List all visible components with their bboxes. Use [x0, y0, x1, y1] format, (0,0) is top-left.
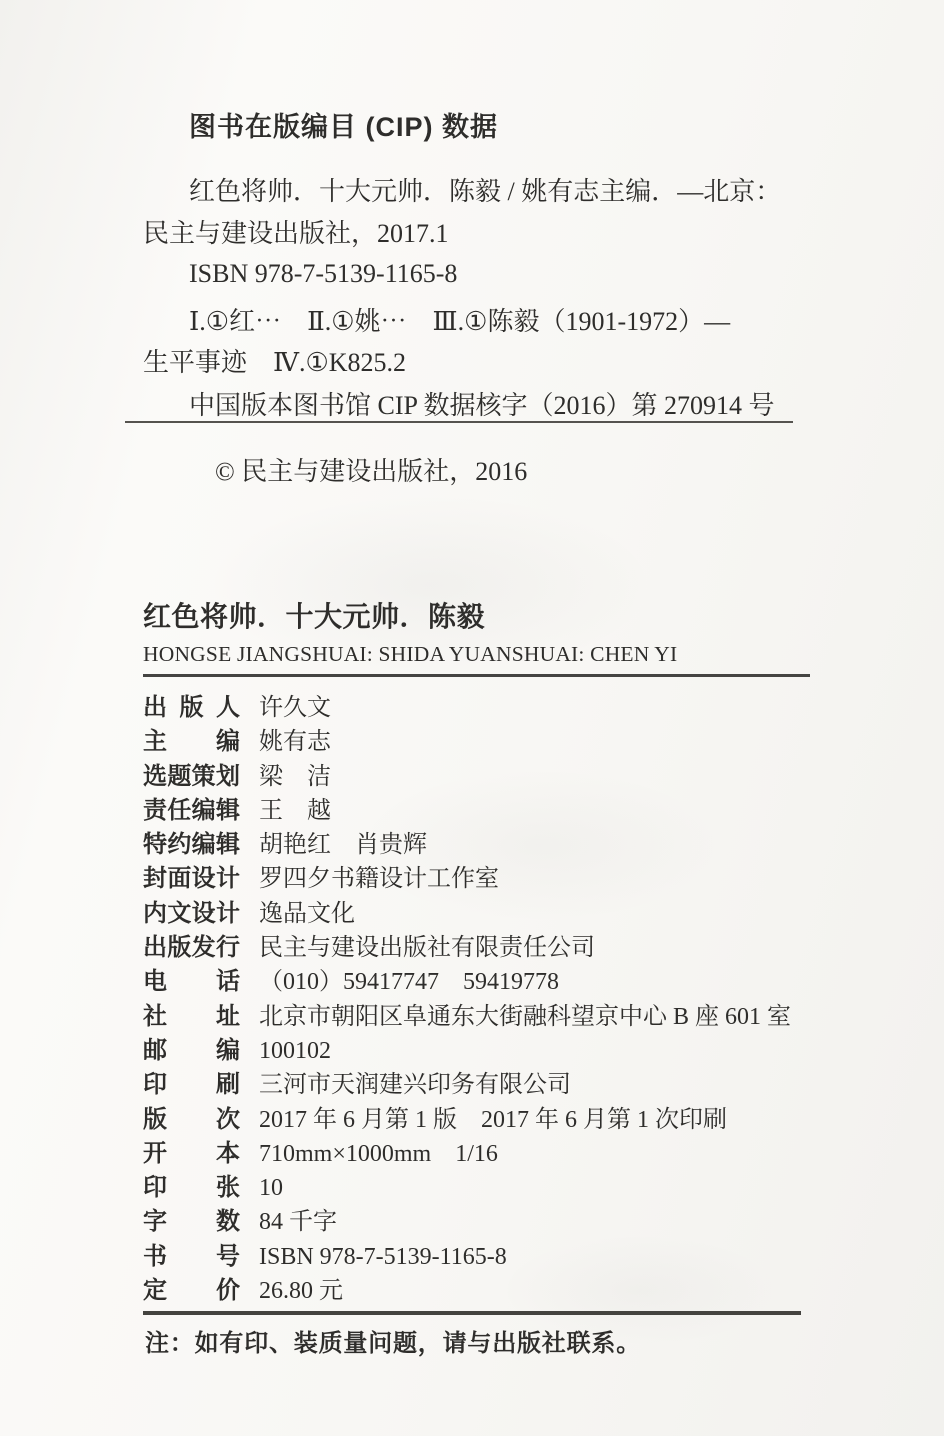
colophon-label: 印刷 [143, 1070, 240, 1100]
colophon-value: 710mm×1000mm 1/16 [259, 1139, 498, 1169]
colophon-row-printer: 印刷 三河市天润建兴印务有限公司 [143, 1070, 823, 1104]
colophon-value: （010）59417747 59419778 [259, 967, 559, 997]
colophon-row-sheets: 印张 10 [143, 1173, 823, 1207]
cip-verify-line: 中国版本图书馆 CIP 数据核字（2016）第 270914 号 [189, 391, 823, 420]
copyright-line: © 民主与建设出版社，2016 [215, 457, 527, 486]
colophon-row-responsible-editor: 责任编辑 王 越 [143, 796, 823, 830]
colophon-row-publisher-person: 出版人 许久文 [143, 693, 823, 727]
colophon-value: 2017 年 6 月第 1 版 2017 年 6 月第 1 次印刷 [259, 1105, 727, 1135]
colophon-row-postcode: 邮编 100102 [143, 1036, 823, 1070]
colophon-row-chief-editor: 主编 姚有志 [143, 727, 823, 761]
cip-block: 图书在版编目 (CIP) 数据 红色将帅．十大元帅．陈毅 / 姚有志主编．—北京… [143, 112, 823, 420]
colophon-value: 许久文 [259, 693, 331, 723]
colophon-value: 北京市朝阳区阜通东大街融科望京中心 B 座 601 室 [259, 1002, 791, 1032]
colophon-label: 印张 [143, 1173, 240, 1203]
cip-entry-line-1: 红色将帅．十大元帅．陈毅 / 姚有志主编．—北京： [189, 177, 823, 206]
colophon-row-format: 开本 710mm×1000mm 1/16 [143, 1139, 823, 1173]
colophon-table: 出版人 许久文 主编 姚有志 选题策划 梁 洁 责任编辑 王 越 特约编辑 胡艳… [143, 693, 823, 1310]
colophon-value: 三河市天润建兴印务有限公司 [259, 1070, 571, 1100]
colophon-value: 84 千字 [259, 1207, 337, 1237]
colophon-value: 姚有志 [259, 727, 331, 757]
colophon-value: 民主与建设出版社有限责任公司 [259, 933, 595, 963]
colophon-label: 字数 [143, 1207, 240, 1237]
colophon-label: 内文设计 [143, 899, 240, 929]
cip-class-line-2: 生平事迹 Ⅳ.①K825.2 [143, 348, 823, 377]
colophon-row-publisher: 出版发行 民主与建设出版社有限责任公司 [143, 933, 823, 967]
cip-class-line-1: Ⅰ.①红⋯ Ⅱ.①姚⋯ Ⅲ.①陈毅（1901-1972）— [189, 307, 823, 336]
colophon-label: 主编 [143, 727, 240, 757]
quality-note: 注：如有印、装质量问题，请与出版社联系。 [145, 1329, 641, 1359]
colophon-row-cover-design: 封面设计 罗四夕书籍设计工作室 [143, 864, 823, 898]
cip-isbn-line: ISBN 978-7-5139-1165-8 [189, 259, 823, 288]
divider-bottom-thick [143, 1311, 801, 1315]
colophon-value: 26.80 元 [259, 1276, 343, 1306]
colophon-label: 书号 [143, 1242, 240, 1272]
colophon-label: 选题策划 [143, 762, 240, 792]
cip-heading: 图书在版编目 (CIP) 数据 [189, 112, 823, 142]
book-title-pinyin: HONGSE JIANGSHUAI: SHIDA YUANSHUAI: CHEN… [143, 641, 677, 667]
colophon-row-interior-design: 内文设计 逸品文化 [143, 899, 823, 933]
colophon-row-word-count: 字数 84 千字 [143, 1207, 823, 1241]
colophon-value: ISBN 978-7-5139-1165-8 [259, 1242, 507, 1272]
divider-under-title [143, 674, 810, 677]
colophon-label: 电话 [143, 967, 240, 997]
book-title-zh: 红色将帅．十大元帅．陈毅 [143, 601, 485, 633]
colophon-value: 10 [259, 1173, 283, 1203]
colophon-label: 开本 [143, 1139, 240, 1169]
colophon-row-telephone: 电话 （010）59417747 59419778 [143, 967, 823, 1001]
colophon-label: 社址 [143, 1002, 240, 1032]
colophon-row-address: 社址 北京市朝阳区阜通东大街融科望京中心 B 座 601 室 [143, 1002, 823, 1036]
colophon-row-topic-planner: 选题策划 梁 洁 [143, 762, 823, 796]
colophon-value: 100102 [259, 1036, 331, 1066]
colophon-row-isbn: 书号 ISBN 978-7-5139-1165-8 [143, 1242, 823, 1276]
colophon-label: 责任编辑 [143, 796, 240, 826]
colophon-label: 封面设计 [143, 864, 240, 894]
colophon-label: 邮编 [143, 1036, 240, 1066]
colophon-label: 定价 [143, 1276, 240, 1306]
colophon-value: 逸品文化 [259, 899, 355, 929]
colophon-value: 胡艳红 肖贵辉 [259, 830, 427, 860]
colophon-row-special-editor: 特约编辑 胡艳红 肖贵辉 [143, 830, 823, 864]
colophon-value: 梁 洁 [259, 762, 331, 792]
cip-entry-line-2: 民主与建设出版社，2017.1 [143, 219, 823, 248]
colophon-row-edition: 版次 2017 年 6 月第 1 版 2017 年 6 月第 1 次印刷 [143, 1105, 823, 1139]
colophon-label: 出版人 [143, 693, 240, 723]
colophon-label: 出版发行 [143, 933, 240, 963]
colophon-label: 特约编辑 [143, 830, 240, 860]
divider-under-cip [125, 421, 793, 423]
colophon-value: 罗四夕书籍设计工作室 [259, 864, 499, 894]
book-copyright-page: 图书在版编目 (CIP) 数据 红色将帅．十大元帅．陈毅 / 姚有志主编．—北京… [0, 0, 944, 1436]
colophon-label: 版次 [143, 1105, 240, 1135]
colophon-row-price: 定价 26.80 元 [143, 1276, 823, 1310]
colophon-value: 王 越 [259, 796, 331, 826]
